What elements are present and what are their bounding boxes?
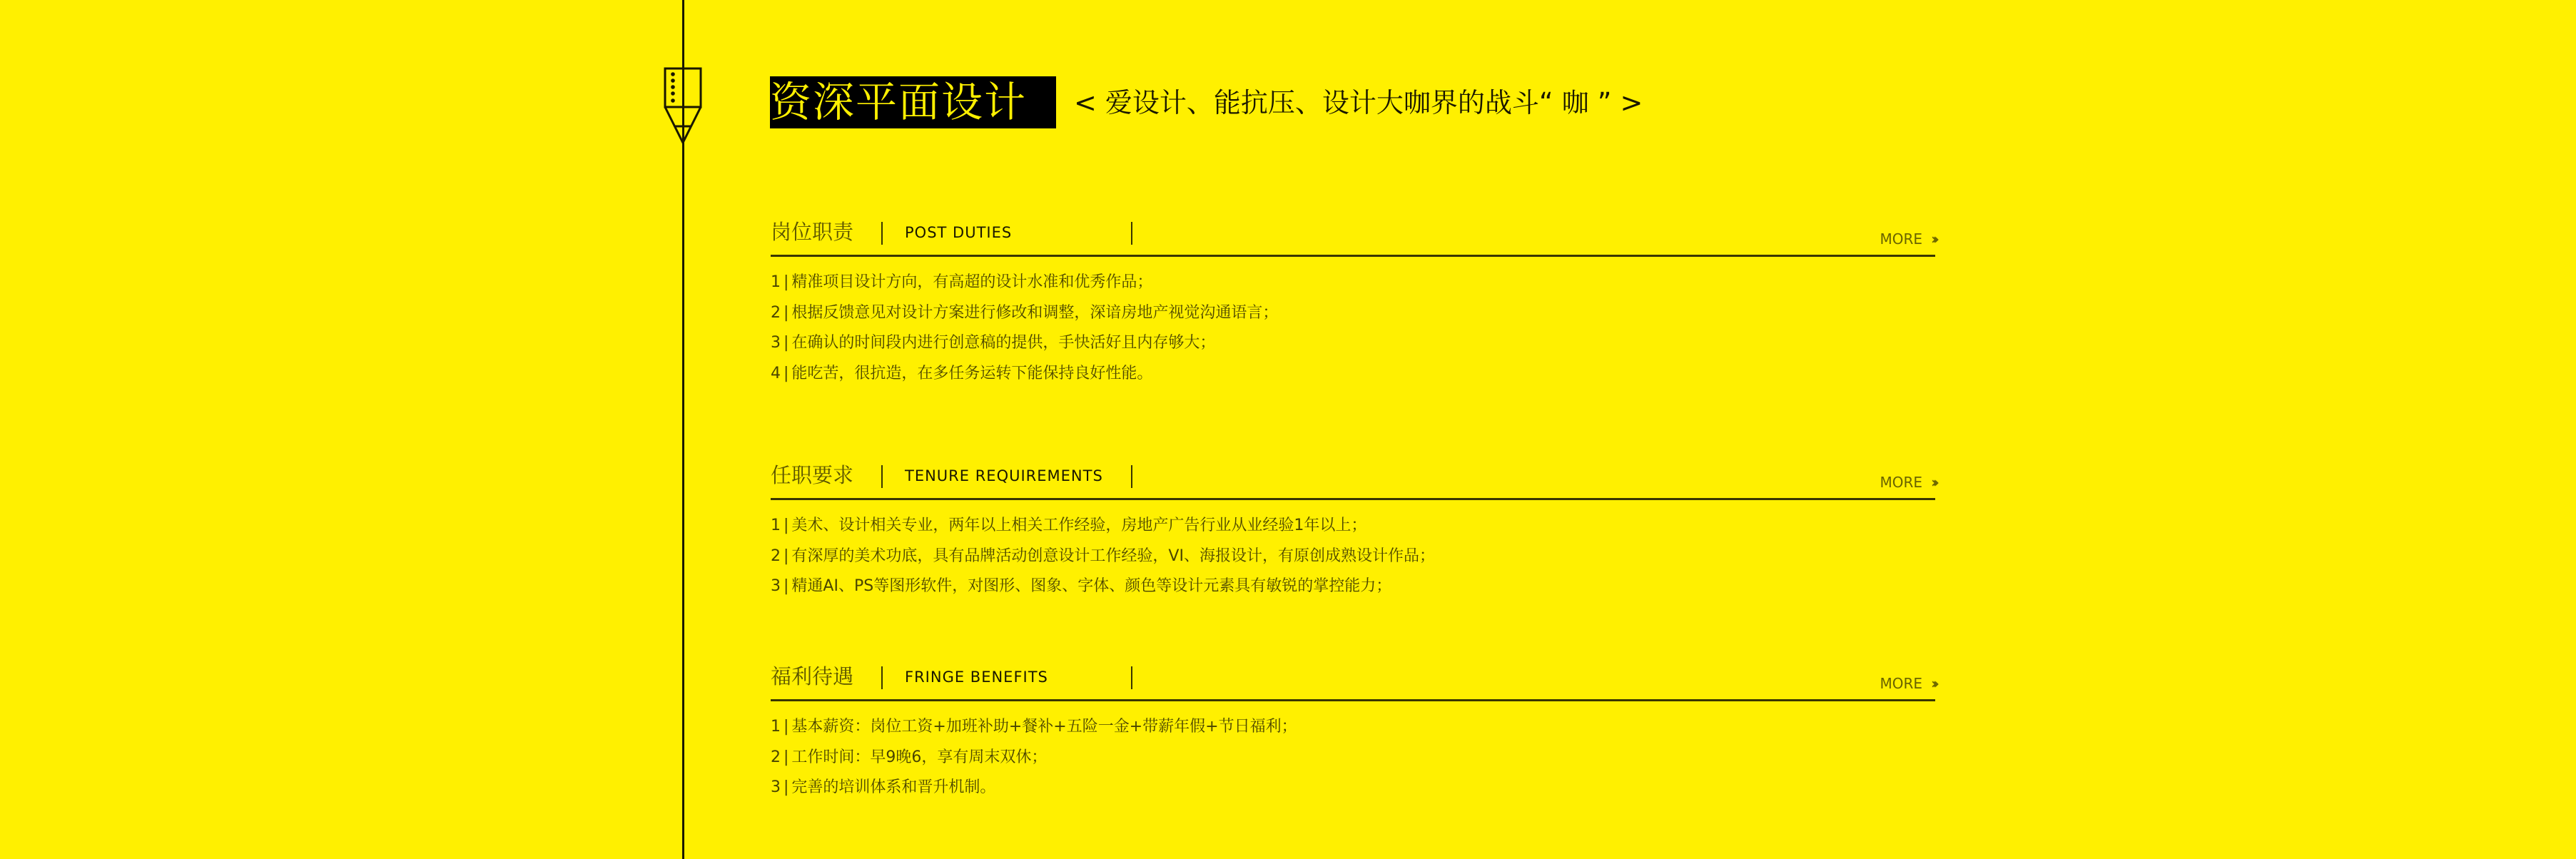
more-link[interactable]: MORE››› bbox=[1880, 675, 1935, 692]
item-bar: | bbox=[784, 359, 788, 390]
divider bbox=[1131, 222, 1132, 245]
item-text: 有深厚的美术功底，具有品牌活动创意设计工作经验，VI、海报设计，有原创成熟设计作… bbox=[791, 547, 1435, 565]
section-rule bbox=[771, 699, 1935, 701]
page-title: 资深平面设计 bbox=[770, 76, 1056, 128]
item-text: 精通AI、PS等图形软件，对图形、图象、字体、颜色等设计元素具有敏锐的掌控能力； bbox=[791, 577, 1391, 595]
item-text: 美术、设计相关专业，两年以上相关工作经验，房地产广告行业从业经验1年以上； bbox=[791, 517, 1366, 534]
plumb-bob-icon bbox=[662, 66, 704, 146]
benefits-list: 1|基本薪资：岗位工资+加班补助+餐补+五险一金+带薪年假+节日福利； 2|工作… bbox=[771, 712, 1297, 803]
list-item: 1|美术、设计相关专业，两年以上相关工作经验，房地产广告行业从业经验1年以上； bbox=[771, 511, 1435, 542]
section-title-cn: 岗位职责 bbox=[771, 218, 853, 246]
divider bbox=[881, 465, 883, 488]
section-title-en: POST DUTIES bbox=[905, 223, 1012, 242]
item-number: 3 bbox=[771, 773, 781, 803]
item-bar: | bbox=[784, 773, 788, 803]
item-bar: | bbox=[784, 712, 788, 743]
more-label: MORE bbox=[1880, 675, 1922, 692]
section-header: 福利待遇 FRINGE BENEFITS MORE››› bbox=[771, 662, 1935, 693]
section-title-en: FRINGE BENEFITS bbox=[905, 668, 1048, 686]
item-number: 4 bbox=[771, 359, 781, 390]
section-title-en: TENURE REQUIREMENTS bbox=[905, 467, 1103, 485]
section-post-duties: 岗位职责 POST DUTIES MORE››› 1|精准项目设计方向，有高超的… bbox=[771, 218, 1935, 249]
item-bar: | bbox=[784, 328, 788, 359]
list-item: 2|工作时间：早9晚6，享有周末双休； bbox=[771, 743, 1297, 773]
item-bar: | bbox=[784, 571, 788, 602]
section-rule bbox=[771, 255, 1935, 257]
list-item: 3|完善的培训体系和晋升机制。 bbox=[771, 773, 1297, 803]
item-number: 2 bbox=[771, 743, 781, 773]
item-text: 在确认的时间段内进行创意稿的提供，手快活好且内存够大； bbox=[791, 334, 1215, 352]
item-bar: | bbox=[784, 268, 788, 298]
divider bbox=[1131, 666, 1132, 689]
page-subtitle: < 爱设计、能抗压、设计大咖界的战斗“ 咖 ” > bbox=[1074, 81, 1643, 124]
divider bbox=[881, 222, 883, 245]
more-label: MORE bbox=[1880, 230, 1922, 248]
section-fringe-benefits: 福利待遇 FRINGE BENEFITS MORE››› 1|基本薪资：岗位工资… bbox=[771, 662, 1935, 693]
item-text: 基本薪资：岗位工资+加班补助+餐补+五险一金+带薪年假+节日福利； bbox=[791, 718, 1297, 736]
item-number: 1 bbox=[771, 712, 781, 743]
item-number: 1 bbox=[771, 268, 781, 298]
list-item: 4|能吃苦，很抗造，在多任务运转下能保持良好性能。 bbox=[771, 359, 1278, 390]
item-number: 3 bbox=[771, 328, 781, 359]
item-bar: | bbox=[784, 298, 788, 329]
item-text: 精准项目设计方向，有高超的设计水准和优秀作品； bbox=[791, 273, 1152, 291]
item-number: 1 bbox=[771, 511, 781, 542]
item-number: 2 bbox=[771, 298, 781, 329]
divider bbox=[1131, 465, 1132, 488]
section-header: 任职要求 TENURE REQUIREMENTS MORE››› bbox=[771, 461, 1935, 492]
double-chevron-right-icon: ››› bbox=[1931, 675, 1935, 692]
list-item: 1|基本薪资：岗位工资+加班补助+餐补+五险一金+带薪年假+节日福利； bbox=[771, 712, 1297, 743]
section-header: 岗位职责 POST DUTIES MORE››› bbox=[771, 218, 1935, 249]
more-label: MORE bbox=[1880, 474, 1922, 491]
item-text: 根据反馈意见对设计方案进行修改和调整，深谙房地产视觉沟通语言； bbox=[791, 304, 1278, 322]
list-item: 2|有深厚的美术功底，具有品牌活动创意设计工作经验，VI、海报设计，有原创成熟设… bbox=[771, 542, 1435, 572]
section-rule bbox=[771, 498, 1935, 500]
section-tenure-requirements: 任职要求 TENURE REQUIREMENTS MORE››› 1|美术、设计… bbox=[771, 461, 1935, 492]
item-number: 2 bbox=[771, 542, 781, 572]
section-title-cn: 福利待遇 bbox=[771, 662, 853, 691]
more-link[interactable]: MORE››› bbox=[1880, 474, 1935, 491]
more-link[interactable]: MORE››› bbox=[1880, 230, 1935, 248]
list-item: 3|在确认的时间段内进行创意稿的提供，手快活好且内存够大； bbox=[771, 328, 1278, 359]
item-number: 3 bbox=[771, 571, 781, 602]
item-bar: | bbox=[784, 511, 788, 542]
requirements-list: 1|美术、设计相关专业，两年以上相关工作经验，房地产广告行业从业经验1年以上； … bbox=[771, 511, 1435, 602]
item-text: 工作时间：早9晚6，享有周末双休； bbox=[791, 748, 1047, 766]
double-chevron-right-icon: ››› bbox=[1931, 474, 1935, 491]
duties-list: 1|精准项目设计方向，有高超的设计水准和优秀作品； 2|根据反馈意见对设计方案进… bbox=[771, 268, 1278, 389]
list-item: 3|精通AI、PS等图形软件，对图形、图象、字体、颜色等设计元素具有敏锐的掌控能… bbox=[771, 571, 1435, 602]
list-item: 2|根据反馈意见对设计方案进行修改和调整，深谙房地产视觉沟通语言； bbox=[771, 298, 1278, 329]
divider bbox=[881, 666, 883, 689]
item-text: 完善的培训体系和晋升机制。 bbox=[791, 778, 995, 796]
item-text: 能吃苦，很抗造，在多任务运转下能保持良好性能。 bbox=[791, 365, 1152, 382]
item-bar: | bbox=[784, 542, 788, 572]
section-title-cn: 任职要求 bbox=[771, 461, 853, 489]
list-item: 1|精准项目设计方向，有高超的设计水准和优秀作品； bbox=[771, 268, 1278, 298]
double-chevron-right-icon: ››› bbox=[1931, 230, 1935, 248]
item-bar: | bbox=[784, 743, 788, 773]
